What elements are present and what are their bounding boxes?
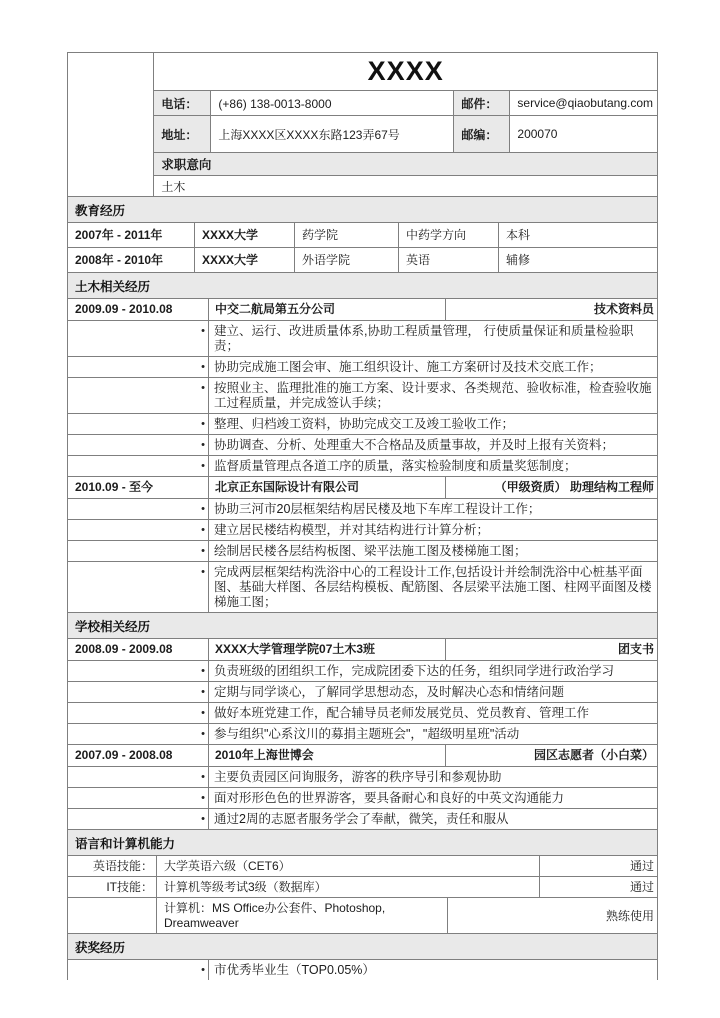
skill-row: IT技能： 计算机等级考试3级（数据库） 通过 [68,877,657,898]
edu-school: XXXX大学 [194,223,294,247]
section-header-school: 学校相关经历 [68,613,657,639]
skill-status: 通过 [539,856,657,876]
bullet-text: 完成两层框架结构洗浴中心的工程设计工作,包括设计并绘制洗浴中心桩基平面图、基础大… [208,562,657,612]
school-bullet-row: • 参与组织"心系汶川的募捐主题班会"，"超级明星班"活动 [68,724,657,745]
zip-value: 200070 [509,116,657,152]
bullet-marker: • [68,456,208,476]
job-bullet-row: • 绘制居民楼各层结构板图、梁平法施工图及楼梯施工图； [68,541,657,562]
bullet-marker: • [68,357,208,377]
job-company: 北京正东国际设计有限公司 [208,477,445,498]
school-role: 园区志愿者（小白菜） [445,745,657,766]
bullet-marker: • [68,682,208,702]
edu-major: 中药学方向 [398,223,498,247]
education-row: 2008年 - 2010年 XXXX大学 外语学院 英语 辅修 [68,248,657,273]
school-bullet-row: • 定期与同学谈心，了解同学思想动态，及时解决心态和情绪问题 [68,682,657,703]
objective-value: 土木 [154,176,657,196]
job-period: 2010.09 - 至今 [68,477,208,498]
bullet-marker: • [68,520,208,540]
section-header-work: 土木相关经历 [68,273,657,299]
bullet-marker: • [68,703,208,723]
skill-row: 计算机：MS Office办公套件、Photoshop, Dreamweaver… [68,898,657,934]
job-bullet-row: • 按照业主、监理批准的施工方案、设计要求、各类规范、验收标准，检查验收施工过程… [68,378,657,414]
bullet-text: 协助完成施工图会审、施工组织设计、施工方案研讨及技术交底工作； [208,357,657,377]
skill-status: 熟练使用 [447,898,657,933]
bullet-text: 参与组织"心系汶川的募捐主题班会"，"超级明星班"活动 [208,724,657,744]
candidate-name: XXXX [154,53,657,91]
job-title: 技术资料员 [445,299,657,320]
edu-degree: 辅修 [498,248,657,272]
header-block: XXXX 电话： (+86) 138-0013-8000 邮件： service… [68,53,657,197]
bullet-text: 按照业主、监理批准的施工方案、设计要求、各类规范、验收标准，检查验收施工过程质量… [208,378,657,413]
skill-status: 通过 [539,877,657,897]
job-bullet-row: • 建立居民楼结构模型，并对其结构进行计算分析； [68,520,657,541]
skill-label [68,898,156,933]
school-role: 团支书 [445,639,657,660]
contact-row-phone: 电话： (+86) 138-0013-8000 邮件： service@qiao… [154,91,657,116]
bullet-marker: • [68,724,208,744]
school-period: 2008.09 - 2009.08 [68,639,208,660]
job-bullet-row: • 监督质量管理点各道工序的质量，落实检验制度和质量奖惩制度； [68,456,657,477]
edu-college: 药学院 [294,223,398,247]
bullet-text: 负责班级的团组织工作，完成院团委下达的任务，组织同学进行政治学习 [208,661,657,681]
header-right: XXXX 电话： (+86) 138-0013-8000 邮件： service… [154,53,657,196]
job-bullet-row: • 协助调查、分析、处理重大不合格品及质量事故，并及时上报有关资料； [68,435,657,456]
zip-label: 邮编： [454,116,509,152]
resume-page: XXXX 电话： (+86) 138-0013-8000 邮件： service… [0,0,720,1018]
bullet-text: 主要负责园区问询服务，游客的秩序导引和参观协助 [208,767,657,787]
job-bullet-row: • 协助完成施工图会审、施工组织设计、施工方案研讨及技术交底工作； [68,357,657,378]
section-header-awards: 获奖经历 [68,934,657,960]
school-org: 2010年上海世博会 [208,745,445,766]
award-bullet-row: • 市优秀毕业生（TOP0.05%） [68,960,657,980]
job-header-row: 2010.09 - 至今 北京正东国际设计有限公司 （甲级资质） 助理结构工程师 [68,477,657,499]
address-label: 地址： [154,116,210,152]
skill-content: 计算机等级考试3级（数据库） [156,877,539,897]
bullet-marker: • [68,321,208,356]
edu-college: 外语学院 [294,248,398,272]
bullet-marker: • [68,661,208,681]
objective-header: 求职意向 [154,153,657,176]
education-row: 2007年 - 2011年 XXXX大学 药学院 中药学方向 本科 [68,223,657,248]
job-bullet-row: • 建立、运行、改进质量体系,协助工程质量管理， 行使质量保证和质量检验职责； [68,321,657,357]
email-label: 邮件： [454,91,509,115]
job-bullet-row: • 协助三河市20层框架结构居民楼及地下车库工程设计工作； [68,499,657,520]
school-header-row: 2007.09 - 2008.08 2010年上海世博会 园区志愿者（小白菜） [68,745,657,767]
bullet-marker: • [68,541,208,561]
bullet-text: 整理、归档竣工资料，协助完成交工及竣工验收工作； [208,414,657,434]
contact-row-address: 地址： 上海XXXX区XXXX东路123弄67号 邮编： 200070 [154,116,657,153]
job-bullet-row: • 完成两层框架结构洗浴中心的工程设计工作,包括设计并绘制洗浴中心桩基平面图、基… [68,562,657,613]
bullet-marker: • [68,767,208,787]
award-text: 市优秀毕业生（TOP0.05%） [208,960,657,980]
section-header-skills: 语言和计算机能力 [68,830,657,856]
skill-content: 计算机：MS Office办公套件、Photoshop, Dreamweaver [156,898,447,933]
school-header-row: 2008.09 - 2009.08 XXXX大学管理学院07土木3班 团支书 [68,639,657,661]
bullet-text: 通过2周的志愿者服务学会了奉献，微笑，责任和服从 [208,809,657,829]
email-value: service@qiaobutang.com [509,91,657,115]
bullet-text: 协助三河市20层框架结构居民楼及地下车库工程设计工作； [208,499,657,519]
bullet-text: 做好本班党建工作，配合辅导员老师发展党员、党员教育、管理工作 [208,703,657,723]
bullet-marker: • [68,378,208,413]
job-header-row: 2009.09 - 2010.08 中交二航局第五分公司 技术资料员 [68,299,657,321]
edu-major: 英语 [398,248,498,272]
bullet-marker: • [68,809,208,829]
bullet-text: 监督质量管理点各道工序的质量，落实检验制度和质量奖惩制度； [208,456,657,476]
job-company: 中交二航局第五分公司 [208,299,445,320]
bullet-marker: • [68,499,208,519]
school-bullet-row: • 做好本班党建工作，配合辅导员老师发展党员、党员教育、管理工作 [68,703,657,724]
bullet-marker: • [68,414,208,434]
bullet-text: 定期与同学谈心，了解同学思想动态，及时解决心态和情绪问题 [208,682,657,702]
edu-period: 2008年 - 2010年 [68,248,194,272]
address-text: 上海XXXX区XXXX东路123弄67号 [218,127,399,143]
skill-label: IT技能： [68,877,156,897]
school-bullet-row: • 面对形形色色的世界游客，要具备耐心和良好的中英文沟通能力 [68,788,657,809]
bullet-text: 面对形形色色的世界游客，要具备耐心和良好的中英文沟通能力 [208,788,657,808]
skill-row: 英语技能： 大学英语六级（CET6） 通过 [68,856,657,877]
school-org: XXXX大学管理学院07土木3班 [208,639,445,660]
edu-period: 2007年 - 2011年 [68,223,194,247]
bullet-text: 建立居民楼结构模型，并对其结构进行计算分析； [208,520,657,540]
bullet-text: 绘制居民楼各层结构板图、梁平法施工图及楼梯施工图； [208,541,657,561]
bullet-marker: • [68,435,208,455]
skill-content: 大学英语六级（CET6） [156,856,539,876]
job-period: 2009.09 - 2010.08 [68,299,208,320]
school-bullet-row: • 主要负责园区问询服务，游客的秩序导引和参观协助 [68,767,657,788]
phone-label: 电话： [154,91,210,115]
bullet-marker: • [68,960,208,980]
school-bullet-row: • 通过2周的志愿者服务学会了奉献，微笑，责任和服从 [68,809,657,830]
section-header-education: 教育经历 [68,197,657,223]
job-bullet-row: • 整理、归档竣工资料，协助完成交工及竣工验收工作； [68,414,657,435]
address-value: 上海XXXX区XXXX东路123弄67号 [210,116,454,152]
school-period: 2007.09 - 2008.08 [68,745,208,766]
job-title: （甲级资质） 助理结构工程师 [445,477,657,498]
bullet-text: 协助调查、分析、处理重大不合格品及质量事故，并及时上报有关资料； [208,435,657,455]
edu-school: XXXX大学 [194,248,294,272]
photo-placeholder [68,53,154,196]
bullet-text: 建立、运行、改进质量体系,协助工程质量管理， 行使质量保证和质量检验职责； [208,321,657,356]
skill-label: 英语技能： [68,856,156,876]
bullet-marker: • [68,562,208,612]
bullet-marker: • [68,788,208,808]
resume-table: XXXX 电话： (+86) 138-0013-8000 邮件： service… [67,52,658,980]
edu-degree: 本科 [498,223,657,247]
school-bullet-row: • 负责班级的团组织工作，完成院团委下达的任务，组织同学进行政治学习 [68,661,657,682]
phone-value: (+86) 138-0013-8000 [210,91,454,115]
